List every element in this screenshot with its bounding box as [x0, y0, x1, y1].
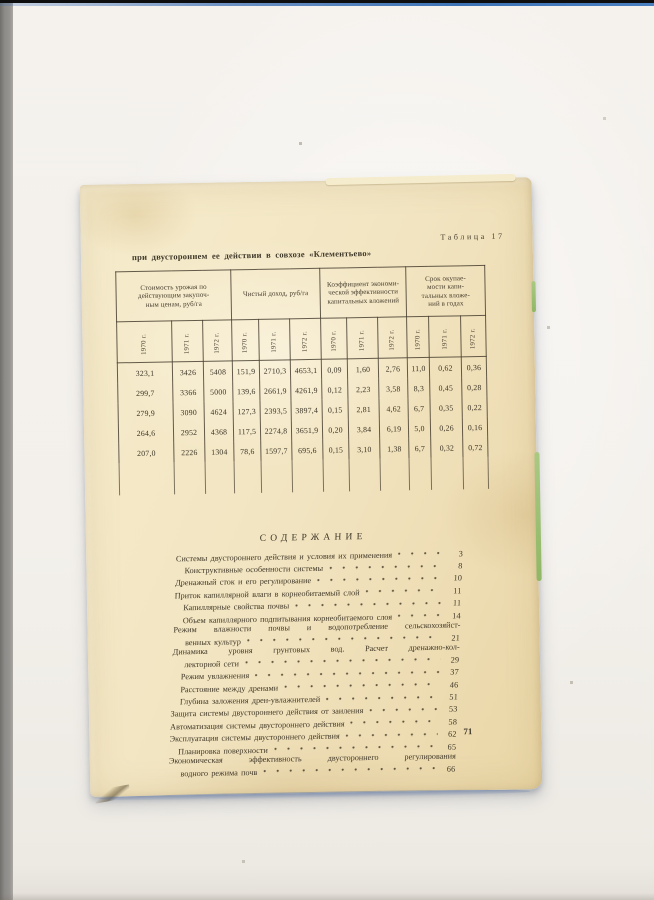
dot-leader: [350, 715, 438, 726]
dot-leader: [369, 703, 438, 714]
table-open-bottom-cell: [463, 457, 489, 489]
table-cell: 2226: [174, 442, 205, 463]
table-cell: 5000: [204, 381, 233, 402]
year-header-cell: 1970 г.: [321, 318, 348, 359]
dot-leader: [365, 584, 442, 595]
table-cell: 3897,4: [291, 400, 322, 421]
scanned-book-photo: Таблица 17 при двустороннем ее действии …: [0, 0, 654, 900]
dot-leader: [263, 762, 436, 775]
book-page: Таблица 17 при двустороннем ее действии …: [80, 177, 543, 797]
table-head: Стоимость урожая подействующим закупоч-н…: [116, 265, 487, 362]
dot-leader: [245, 653, 441, 666]
dot-leader: [255, 665, 440, 678]
book-cover-green-edge-small: [531, 281, 536, 312]
table-cell: 3,58: [379, 378, 408, 399]
table-cell: 6,7: [408, 398, 430, 418]
table-open-bottom-cell: [323, 459, 350, 491]
contents-entry-page-number: 29: [445, 655, 459, 665]
table-cell: 0,22: [462, 397, 487, 417]
contents-entry-text: Расстояние между дренами: [171, 683, 278, 695]
contents-entry-text: Режим увлажнения: [172, 671, 250, 682]
table-cell: 2952: [173, 422, 204, 443]
table-open-bottom-row: [119, 457, 489, 495]
scan-left-edge-strip: [0, 0, 13, 900]
column-group-header: Стоимость урожая подействующим закупоч-н…: [116, 270, 232, 322]
dot-leader: [317, 571, 443, 583]
year-header-label: 1972 г.: [389, 329, 396, 350]
contents-entry-page-number: 14: [447, 611, 461, 621]
dot-leader: [326, 690, 439, 702]
table-cell: 0,45: [430, 377, 462, 398]
table-cell: 1304: [205, 441, 234, 462]
contents-entry-text: лекторной сети: [172, 659, 239, 670]
contents-section: СОДЕРЖАНИЕ Системы двустороннего действи…: [168, 530, 463, 779]
table-open-bottom-cell: [292, 460, 324, 493]
dot-leader: [329, 559, 444, 571]
year-header-label: 1972 г.: [470, 328, 477, 349]
year-header-label: 1970 г.: [330, 330, 337, 351]
dot-leader: [284, 678, 440, 690]
table-cell: 117,5: [233, 421, 260, 441]
dot-leader: [346, 727, 438, 738]
year-header-label: 1970 г.: [242, 332, 249, 353]
year-header-label: 1971 г.: [184, 333, 191, 354]
column-group-title-line: ным ценам, руб/га: [117, 299, 231, 309]
contents-entry-page-number: 58: [443, 717, 457, 727]
table-cell: 5,0: [408, 418, 430, 438]
year-header-label: 1972 г.: [302, 331, 309, 352]
year-header-cell: 1972 г.: [203, 320, 233, 362]
table-cell: 3090: [173, 402, 204, 423]
table-cell: 0,09: [321, 359, 347, 380]
contents-entry-page-number: 11: [447, 599, 461, 609]
table-cell: 0,26: [430, 417, 462, 438]
contents-entry-page-number: 37: [445, 668, 459, 678]
column-group-header: Чистый доход, руб/га: [231, 268, 321, 320]
contents-entry-page-number: 8: [448, 561, 462, 571]
table-cell: 127,3: [233, 401, 260, 421]
table-cell: 8,3: [408, 378, 430, 398]
contents-entry-page-number: 51: [444, 692, 458, 702]
contents-entry-page-number: 11: [447, 586, 461, 596]
table-cell: 264,6: [118, 422, 173, 443]
table-cell: 1,38: [380, 438, 409, 459]
contents-list: Системы двустороннего действия и условия…: [168, 546, 463, 779]
table-open-bottom-cell: [174, 462, 206, 495]
table-cell: 2710,3: [259, 360, 290, 381]
year-header-cell: 1971 г.: [347, 317, 379, 359]
table-cell: 2393,5: [260, 400, 291, 421]
dot-leader: [247, 631, 441, 644]
table-open-bottom-cell: [261, 460, 293, 493]
table-cell: 0,35: [430, 397, 462, 418]
contents-entry-page-number: 66: [441, 764, 455, 774]
table-cell: 0,62: [429, 357, 461, 378]
contents-entry-page-number: 46: [444, 680, 458, 690]
contents-entry-page-number: 62: [442, 730, 456, 740]
year-header-cell: 1970 г.: [232, 319, 260, 360]
year-header-cell: 1971 г.: [172, 320, 204, 362]
contents-entry-page-number: 65: [442, 742, 456, 752]
table-cell: 2,23: [348, 379, 379, 400]
column-group-title-line: Чистый доход, руб/га: [232, 289, 320, 299]
table-cell: 0,32: [431, 437, 463, 458]
dot-leader: [398, 547, 444, 557]
year-header-label: 1970 г.: [414, 329, 421, 350]
year-header-cell: 1972 г.: [290, 318, 322, 360]
table-open-bottom-cell: [349, 459, 381, 492]
table-cell: 323,1: [117, 362, 172, 383]
contents-entry-page-number: 3: [449, 549, 463, 559]
table-cell: 4653,1: [290, 359, 321, 380]
dot-leader: [295, 596, 442, 608]
year-header-cell: 1971 г.: [429, 316, 462, 358]
year-header-cell: 1971 г.: [259, 319, 291, 361]
table-cell: 0,28: [462, 377, 487, 397]
table-cell: 6,7: [409, 438, 431, 458]
table-cell: 2,76: [378, 358, 407, 379]
contents-entry-page-number: 10: [448, 574, 462, 584]
table-cell: 3651,9: [291, 420, 322, 441]
table-cell: 0,16: [462, 417, 487, 437]
table-cell: 4368: [204, 421, 233, 442]
table-cell: 2274,8: [260, 420, 291, 441]
table-open-bottom-cell: [431, 457, 464, 490]
table-cell: 4624: [204, 401, 233, 422]
year-header-cell: 1972 г.: [378, 317, 408, 358]
table-cell: 2,81: [348, 399, 379, 420]
table-group-header-row: Стоимость урожая подействующим закупоч-н…: [116, 265, 486, 321]
table-cell: 139,6: [233, 381, 260, 401]
table-cell: 1597,7: [261, 440, 292, 461]
contents-entry-text: Капиллярные свойства почвы: [174, 602, 289, 614]
table-cell: 4,62: [379, 398, 408, 419]
scan-top-blue-line: [0, 3, 654, 6]
table-cell: 1,60: [347, 358, 378, 379]
dot-leader: [274, 740, 438, 753]
table-open-bottom-cell: [380, 458, 410, 491]
column-group-title-line: ний в годах: [407, 299, 485, 309]
table-cell: 299,7: [118, 382, 173, 403]
table-cell: 2661,9: [260, 380, 291, 401]
year-header-cell: 1972 г.: [461, 315, 487, 356]
year-header-label: 1972 г.: [214, 332, 221, 353]
table-number-label: Таблица 17: [440, 232, 504, 242]
table-cell: 151,9: [232, 360, 259, 381]
table-open-bottom-cell: [409, 458, 432, 490]
year-header-label: 1971 г.: [271, 331, 278, 352]
economics-table: Стоимость урожая подействующим закупоч-н…: [115, 265, 489, 495]
contents-entry-text: водного режима почв: [168, 768, 257, 779]
year-header-label: 1971 г.: [441, 329, 448, 350]
year-header-cell: 1970 г.: [117, 321, 173, 363]
table-cell: 6,19: [379, 418, 408, 439]
year-header-label: 1971 г.: [359, 330, 366, 351]
table-cell: 5408: [203, 361, 232, 382]
scan-bottom-shade: [0, 893, 654, 900]
table-cell: 0,12: [322, 379, 348, 399]
table-cell: 279,9: [118, 402, 173, 423]
column-group-header: Коэффициент экономи-ческой эффективности…: [320, 267, 407, 318]
table-cell: 3,84: [348, 419, 379, 440]
table-cell: 695,6: [292, 440, 323, 461]
contents-entry-page-number: 21: [446, 633, 460, 643]
table-open-bottom-cell: [119, 462, 175, 495]
table-cell: 78,6: [234, 441, 261, 461]
year-header-cell: 1970 г.: [407, 316, 430, 357]
table-cell: 0,15: [322, 399, 348, 419]
dot-leader: [398, 609, 442, 619]
table-year-header-row: 1970 г.1971 г.1972 г.1970 г.1971 г.1972 …: [117, 315, 487, 362]
year-header-label: 1970 г.: [141, 334, 148, 355]
table-cell: 0,15: [323, 439, 349, 459]
table-cell: 11,0: [407, 357, 429, 378]
column-group-title-line: капитальных вложений: [321, 296, 406, 306]
table-body: 323,134265408151,92710,34653,10,091,602,…: [117, 356, 488, 495]
contents-entry-page-number: 53: [443, 705, 457, 715]
contents-heading: СОДЕРЖАНИЕ: [162, 530, 463, 545]
table-cell: 0,36: [461, 356, 486, 377]
table-cell: 3,10: [349, 439, 380, 460]
table-cell: 4261,9: [291, 380, 322, 401]
table-cell: 0,72: [463, 437, 488, 457]
table-cell: 0,20: [322, 419, 348, 439]
table-caption: при двустороннем ее действии в совхозе «…: [132, 248, 372, 262]
table-open-bottom-cell: [205, 461, 235, 494]
table-open-bottom-cell: [234, 461, 262, 493]
table-cell: 207,0: [119, 442, 174, 463]
page-folio-number: 71: [463, 726, 472, 736]
table-cell: 3366: [173, 382, 204, 403]
table-cell: 3426: [172, 361, 203, 382]
column-group-header: Срок окупае-мости капи-тальных вложе-ний…: [406, 265, 486, 316]
